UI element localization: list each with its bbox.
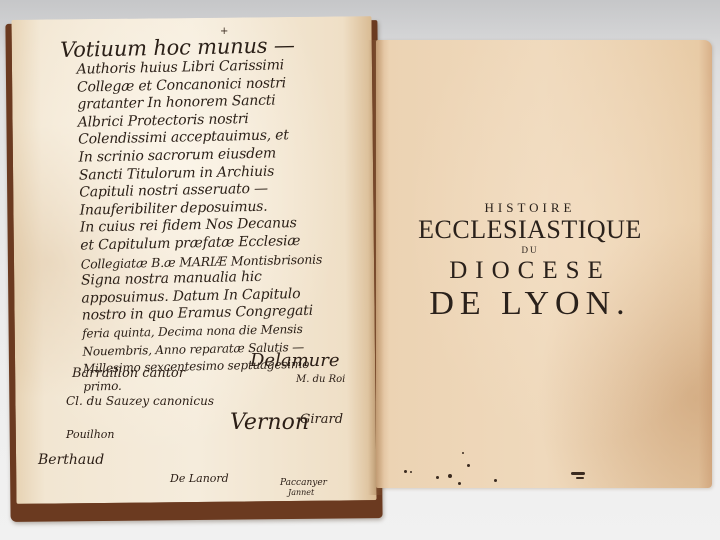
title-line-ecclesiastique: ECCLESIASTIQUE [380,216,680,244]
signature: Berthaud [38,452,104,468]
title-line-histoire: HISTOIRE [380,200,680,216]
signature: Delamure [250,350,340,371]
signature: De Lanord [170,472,229,485]
signature: Cl. du Sauzey canonicus [66,394,214,408]
printed-title: HISTOIRE ECCLESIASTIQUE DU DIOCESE DE LY… [380,200,680,322]
signature: Jannet [288,488,314,497]
title-line-du: DU [380,244,680,256]
signature: Barraillon cantor [72,366,185,381]
signature: M. du Roi [296,374,345,385]
title-line-de-lyon: DE LYON. [380,286,680,322]
signature: Girard [300,412,343,427]
signature: Vernon [230,410,309,435]
signature: Paccanyer [280,478,327,488]
title-line-diocese: DIOCESE [380,256,680,286]
signature: Pouilhon [66,428,115,441]
handwritten-dedication: Votiuum hoc munus — Authoris huius Libri… [60,31,387,396]
signatures-block: Barraillon cantor Delamure M. du Roi Cl.… [60,356,380,496]
